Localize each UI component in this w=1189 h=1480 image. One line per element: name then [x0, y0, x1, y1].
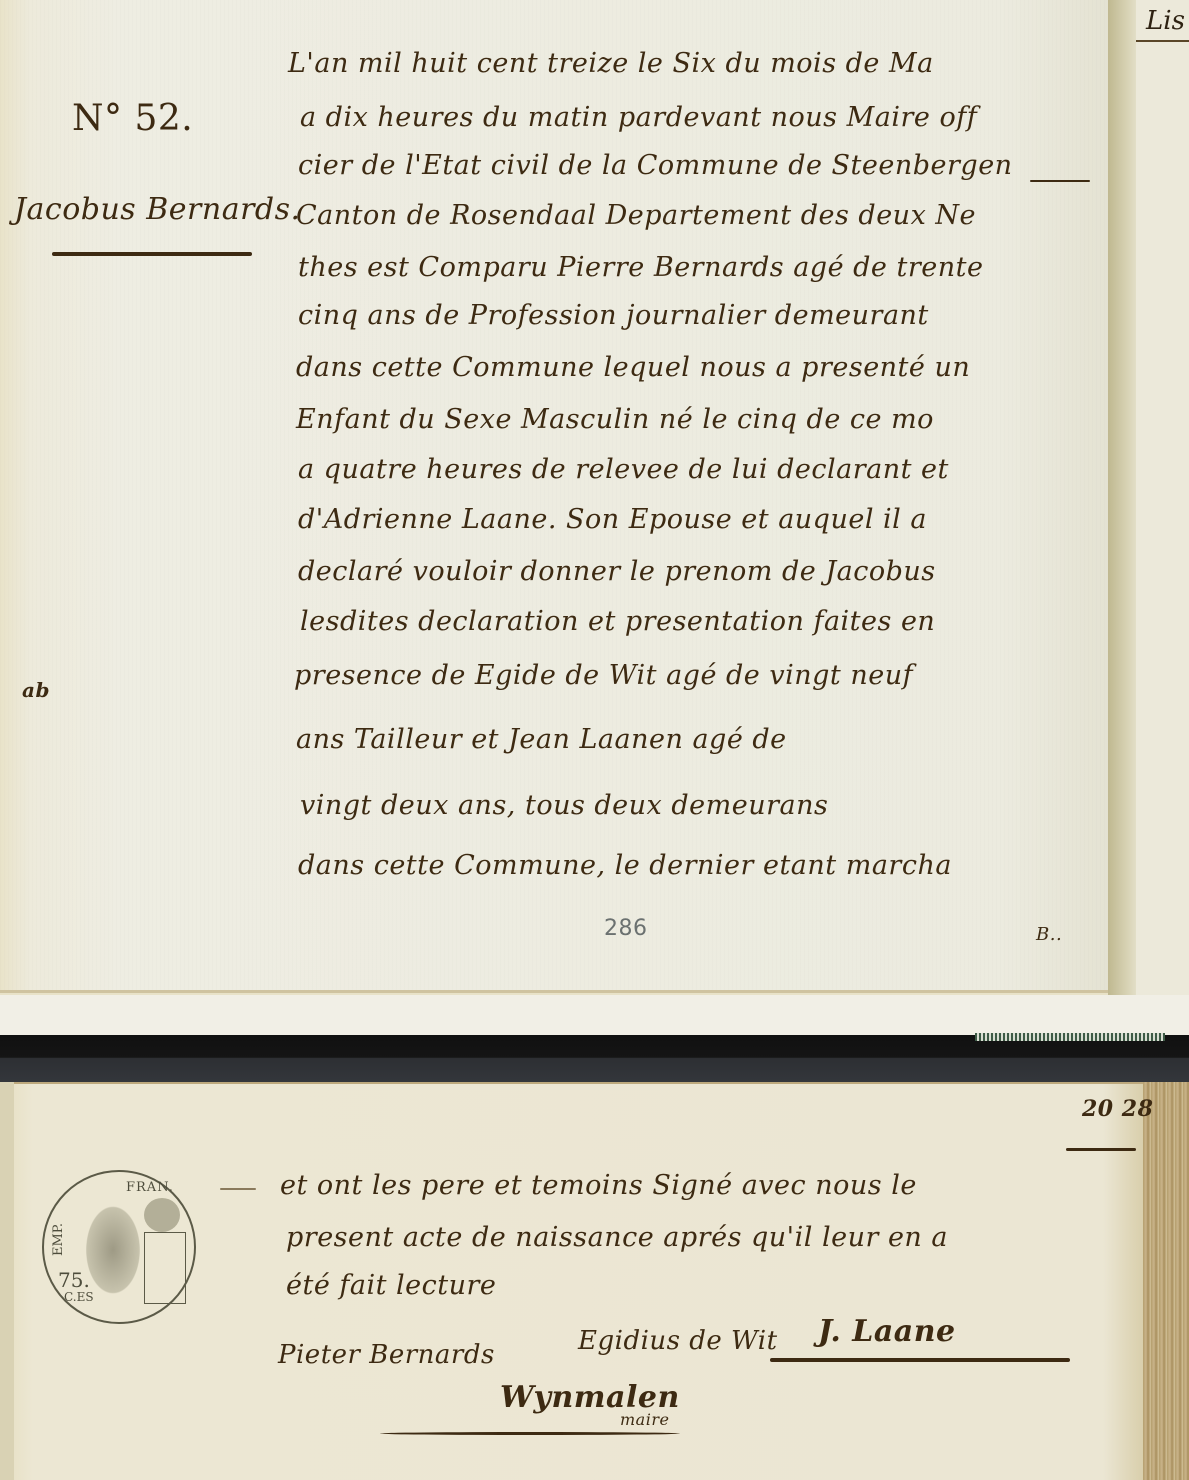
closing-line-1: et ont les pere et temoins Signé avec no…: [280, 1170, 917, 1201]
record-line-12: lesdites declaration et presentation fai…: [300, 606, 935, 637]
record-line-9: a quatre heures de relevee de lui declar…: [298, 454, 949, 485]
pedestal-icon: [144, 1232, 186, 1304]
signature-witness-2: J. Laane: [818, 1314, 956, 1349]
tax-stamp: FRAN. EMP. 75. C.ES: [42, 1170, 196, 1324]
record-line-13: presence de Egide de Wit agé de vingt ne…: [294, 660, 913, 691]
record-line-14: ans Tailleur et Jean Laanen agé de: [296, 724, 787, 755]
record-line-15: vingt deux ans, tous deux demeurans: [300, 790, 828, 821]
record-line-11: declaré vouloir donner le prenom de Jaco…: [298, 556, 936, 587]
entry-number: N° 52.: [72, 98, 193, 139]
binding-ribbon: [975, 1033, 1165, 1041]
record-line-7: dans cette Commune lequel nous a present…: [296, 352, 970, 383]
seated-figure-icon: [82, 1200, 144, 1300]
folio-number: 20 28: [1082, 1096, 1153, 1122]
signature-witness-1: Egidius de Wit: [578, 1326, 778, 1356]
book-gutter: [1108, 0, 1138, 1000]
upper-register-page: N° 52. Jacobus Bernards. ab L'an mil hui…: [0, 0, 1112, 993]
name-underline: [52, 252, 252, 256]
signature-flourish-underline: [770, 1358, 1070, 1362]
continuation-dash: [220, 1188, 256, 1190]
lower-page-fore-edge: [1143, 1082, 1189, 1480]
record-line-8: Enfant du Sexe Masculin né le cinq de ce…: [296, 404, 934, 435]
line-filler-rule: [1030, 180, 1090, 182]
pencil-page-number: 286: [604, 916, 648, 941]
stamp-side-text: EMP.: [51, 1223, 66, 1256]
adjacent-page-rule: [1136, 40, 1189, 42]
record-line-16: dans cette Commune, le dernier etant mar…: [298, 850, 952, 881]
stamp-value: 75.: [58, 1268, 90, 1292]
stamp-top-text: FRAN.: [126, 1180, 174, 1195]
mayor-flourish: [380, 1432, 680, 1435]
adjacent-page: Lis: [1136, 0, 1189, 1000]
record-line-2: a dix heures du matin pardevant nous Mai…: [300, 102, 977, 133]
adjacent-page-heading: Lis: [1146, 6, 1185, 36]
catchword: B..: [1036, 924, 1062, 945]
record-line-6: cinq ans de Profession journalier demeur…: [298, 300, 929, 331]
stamp-unit: C.ES: [64, 1290, 94, 1304]
record-line-5: thes est Comparu Pierre Bernards agé de …: [298, 252, 983, 283]
record-line-3: cier de l'Etat civil de la Commune de St…: [298, 150, 1013, 181]
record-line-1: L'an mil huit cent treize le Six du mois…: [288, 48, 934, 79]
record-line-4: Canton de Rosendaal Departement des deux…: [296, 200, 976, 231]
record-line-10: d'Adrienne Laane. Son Epouse et auquel i…: [298, 504, 927, 535]
closing-line-3: été fait lecture: [286, 1270, 496, 1301]
marginal-mark: ab: [22, 678, 50, 702]
lower-page-left-edge: [0, 1082, 14, 1480]
mayor-title: maire: [620, 1410, 669, 1429]
page-edge-gap: [0, 995, 1189, 1037]
margin-child-name: Jacobus Bernards.: [14, 192, 301, 227]
closing-line-2: present acte de naissance aprés qu'il le…: [286, 1222, 948, 1253]
signature-father: Pieter Bernards: [278, 1340, 495, 1370]
book-binding: [0, 1035, 1189, 1085]
bust-heads-icon: [144, 1198, 180, 1232]
folio-underline: [1066, 1148, 1136, 1151]
